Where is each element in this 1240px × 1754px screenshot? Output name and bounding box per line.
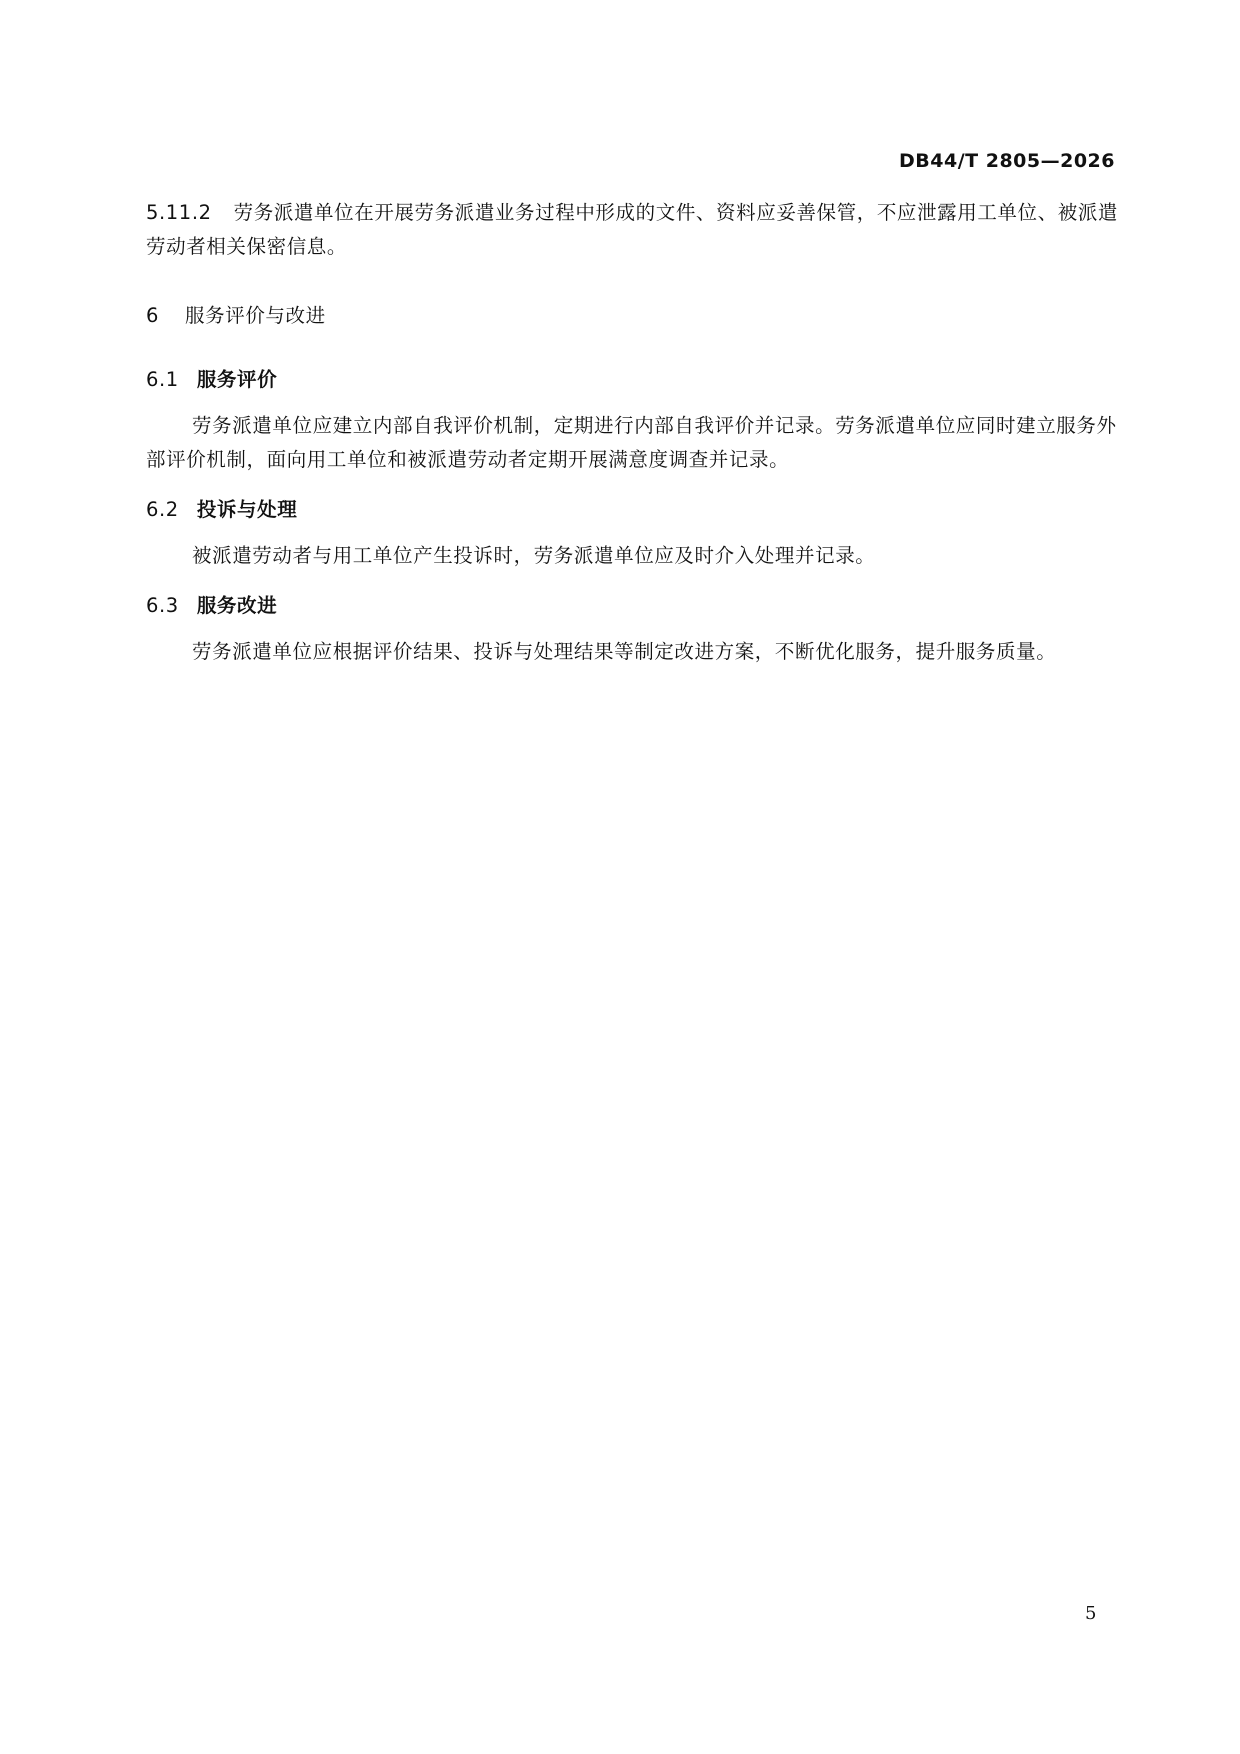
section-title: 服务评价与改进	[185, 304, 326, 327]
subsection-body-6-3: 劳务派遣单位应根据评价结果、投诉与处理结果等制定改进方案，不断优化服务，提升服务…	[146, 635, 1122, 669]
subsection-heading-6-2: 6.2投诉与处理	[146, 494, 297, 522]
document-code: DB44/T 2805—2026	[899, 150, 1115, 172]
clause-number: 5.11.2	[146, 201, 212, 224]
subsection-title: 投诉与处理	[197, 498, 298, 521]
subsection-title: 服务评价	[197, 368, 277, 391]
subsection-number: 6.1	[146, 368, 179, 391]
page-number: 5	[1085, 1603, 1096, 1624]
clause-text: 劳务派遣单位在开展劳务派遣业务过程中形成的文件、资料应妥善保管，不应泄露用工单位…	[146, 201, 1118, 258]
subsection-number: 6.3	[146, 594, 179, 617]
subsection-heading-6-1: 6.1服务评价	[146, 364, 277, 392]
subsection-title: 服务改进	[197, 594, 277, 617]
section-heading-6: 6服务评价与改进	[146, 300, 326, 328]
section-number: 6	[146, 304, 159, 327]
subsection-body-6-1: 劳务派遣单位应建立内部自我评价机制，定期进行内部自我评价并记录。劳务派遣单位应同…	[146, 409, 1122, 477]
subsection-heading-6-3: 6.3服务改进	[146, 590, 277, 618]
subsection-number: 6.2	[146, 498, 179, 521]
subsection-body-6-2: 被派遣劳动者与用工单位产生投诉时，劳务派遣单位应及时介入处理并记录。	[146, 539, 1122, 573]
clause-5-11-2: 5.11.2劳务派遣单位在开展劳务派遣业务过程中形成的文件、资料应妥善保管，不应…	[146, 196, 1122, 264]
